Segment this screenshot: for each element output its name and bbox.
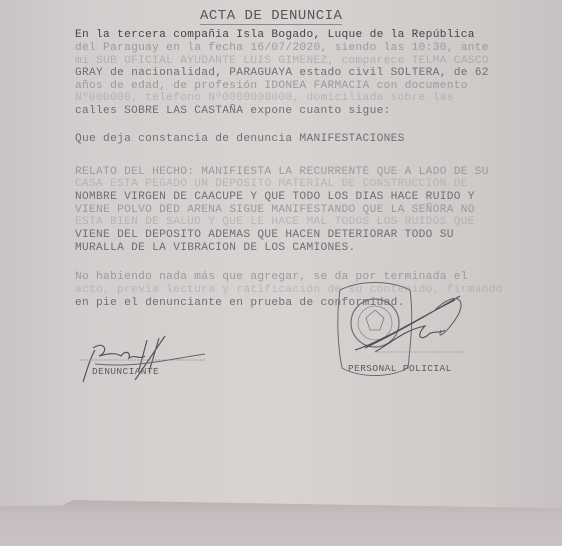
intro-line-2: del Paraguay en la fecha 16/07/2020, sie… [75, 42, 489, 55]
relato-line-5: ESTA BIEN DE SALUD Y QUE LE HACE MAL TOD… [75, 216, 475, 229]
relato-line-3: NOMBRE VIRGEN DE CAACUPE Y QUE TODO LOS … [75, 191, 475, 204]
paper-fold-shadow [0, 500, 562, 546]
intro-line-1: En la tercera compañia Isla Bogado, Luqu… [75, 29, 475, 42]
denunciante-label: DENUNCIANTE [92, 366, 159, 377]
relato-line-7: MURALLA DE LA VIBRACION DE LOS CAMIONES. [75, 242, 356, 255]
constancia-line: Que deja constancia de denuncia MANIFEST… [75, 133, 405, 146]
document-title: ACTA DE DENUNCIA [200, 8, 342, 25]
intro-line-4: GRAY de nacionalidad, PARAGUAYA estado c… [75, 67, 489, 80]
intro-line-6: Nº000000, teléfono Nº0000000000, domicil… [75, 92, 454, 105]
policia-signature [345, 290, 495, 370]
relato-line-2: CASA ESTA PEGADO UN DEPOSITO MATERIAL DE… [75, 178, 468, 191]
relato-line-6: VIENE DEL DEPOSITO ADEMAS QUE HACEN DETE… [75, 229, 454, 242]
document-page: ACTA DE DENUNCIA En la tercera compañia … [0, 0, 562, 546]
personal-policial-label: PERSONAL POLICIAL [348, 363, 452, 374]
intro-line-7: calles SOBRE LAS CASTAÑA expone cuanto s… [75, 105, 391, 118]
denunciante-signature [75, 330, 215, 390]
